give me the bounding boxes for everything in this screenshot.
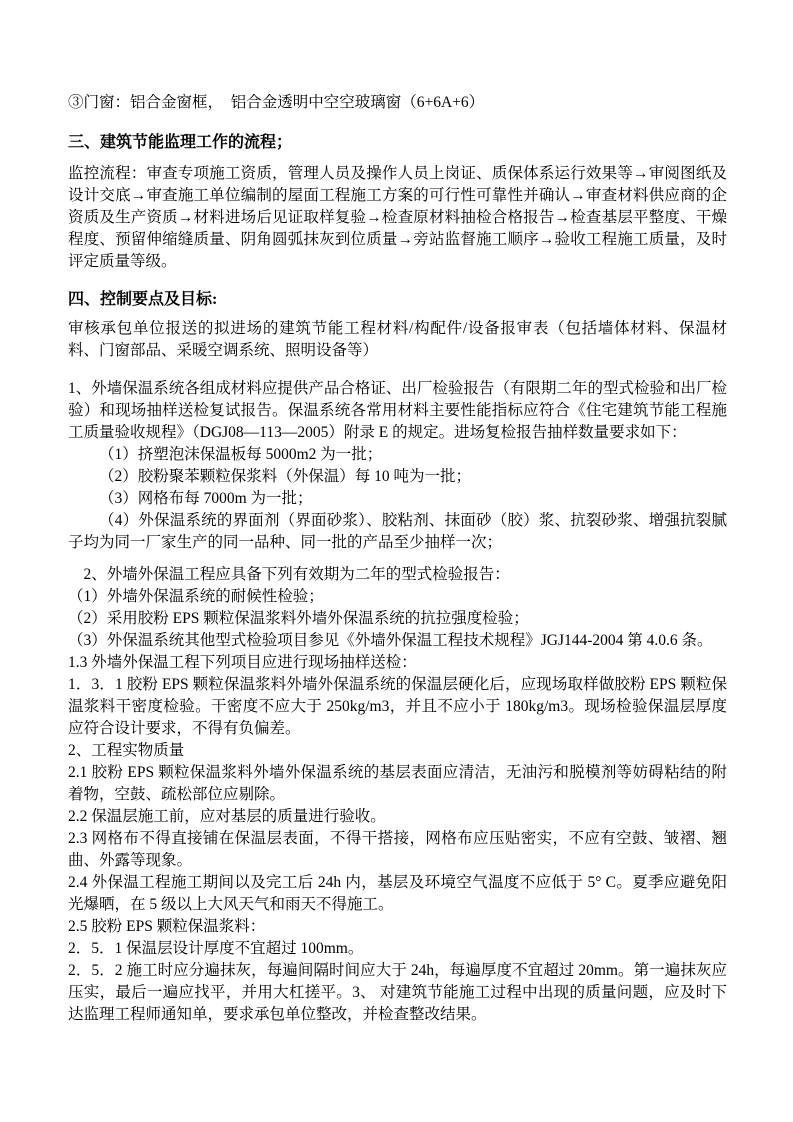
section-heading-3: 三、建筑节能监理工作的流程； [68,130,727,155]
paragraph-doors-windows: ③门窗：铝合金窗框， 铝合金透明中空空玻璃窗（6+6A+6） [68,92,727,114]
paragraph-monitor-process: 监控流程：审查专项施工资质，管理人员及操作人员上岗证、质保体系运行效果等→审阅图… [68,163,727,273]
paragraph-review-materials: 审核承包单位报送的拟进场的建筑节能工程材料/构配件/设备报审表（包括墙体材料、保… [68,318,727,362]
document-page: ③门窗：铝合金窗框， 铝合金透明中空空玻璃窗（6+6A+6） 三、建筑节能监理工… [0,0,793,1122]
list-item-1-3: （3）网格布每 7000m 为一批； [68,488,727,510]
list-item-2-3: （3）外保温系统其他型式检验项目参见《外墙外保温工程技术规程》JGJ144-20… [68,630,727,652]
paragraph-item-1: 1、外墙保温系统各组成材料应提供产品合格证、出厂检验报告（有限期二年的型式检验和… [68,378,727,444]
list-item-2-1: （1）外墙外保温系统的耐候性检验； [68,586,727,608]
paragraph-2-3: 2.3 网格布不得直接铺在保温层表面，不得干搭接，网格布应压贴密实，不应有空鼓、… [68,828,727,872]
list-item-1-2: （2）胶粉聚苯颗粒保浆料（外保温）每 10 吨为一批； [68,466,727,488]
list-item-2-2: （2）采用胶粉 EPS 颗粒保温浆料外墙外保温系统的抗拉强度检验； [68,608,727,630]
paragraph-2-4: 2.4 外保温工程施工期间以及完工后 24h 内，基层及环境空气温度不应低于 5… [68,872,727,916]
paragraph-1-3-1: 1．3．1 胶粉 EPS 颗粒保温浆料外墙外保温系统的保温层硬化后，应现场取样做… [68,674,727,740]
paragraph-item-2: 2、外墙外保温工程应具备下列有效期为二年的型式检验报告： [68,564,727,586]
paragraph-2-1: 2.1 胶粉 EPS 颗粒保温浆料外墙外保温系统的基层表面应清洁，无油污和脱模剂… [68,762,727,806]
paragraph-2-2: 2.2 保温层施工前，应对基层的质量进行验收。 [68,806,727,828]
list-item-1-1: （1）挤塑泡沫保温板每 5000m2 为一批； [68,444,727,466]
paragraph-2-quality: 2、工程实物质量 [68,740,727,762]
paragraph-1-3: 1.3 外墙外保温工程下列项目应进行现场抽样送检： [68,652,727,674]
paragraph-2-5-1: 2．5．1 保温层设计厚度不宜超过 100mm。 [68,938,727,960]
section-heading-4: 四、控制要点及目标: [68,287,727,312]
paragraph-2-5: 2.5 胶粉 EPS 颗粒保温浆料： [68,916,727,938]
list-item-1-4: （4）外保温系统的界面剂（界面砂浆）、胶粘剂、抹面砂（胶）浆、抗裂砂浆、增强抗裂… [68,510,727,554]
paragraph-2-5-2: 2．5．2 施工时应分遍抹灰，每遍间隔时间应大于 24h，每遍厚度不宜超过 20… [68,960,727,1026]
